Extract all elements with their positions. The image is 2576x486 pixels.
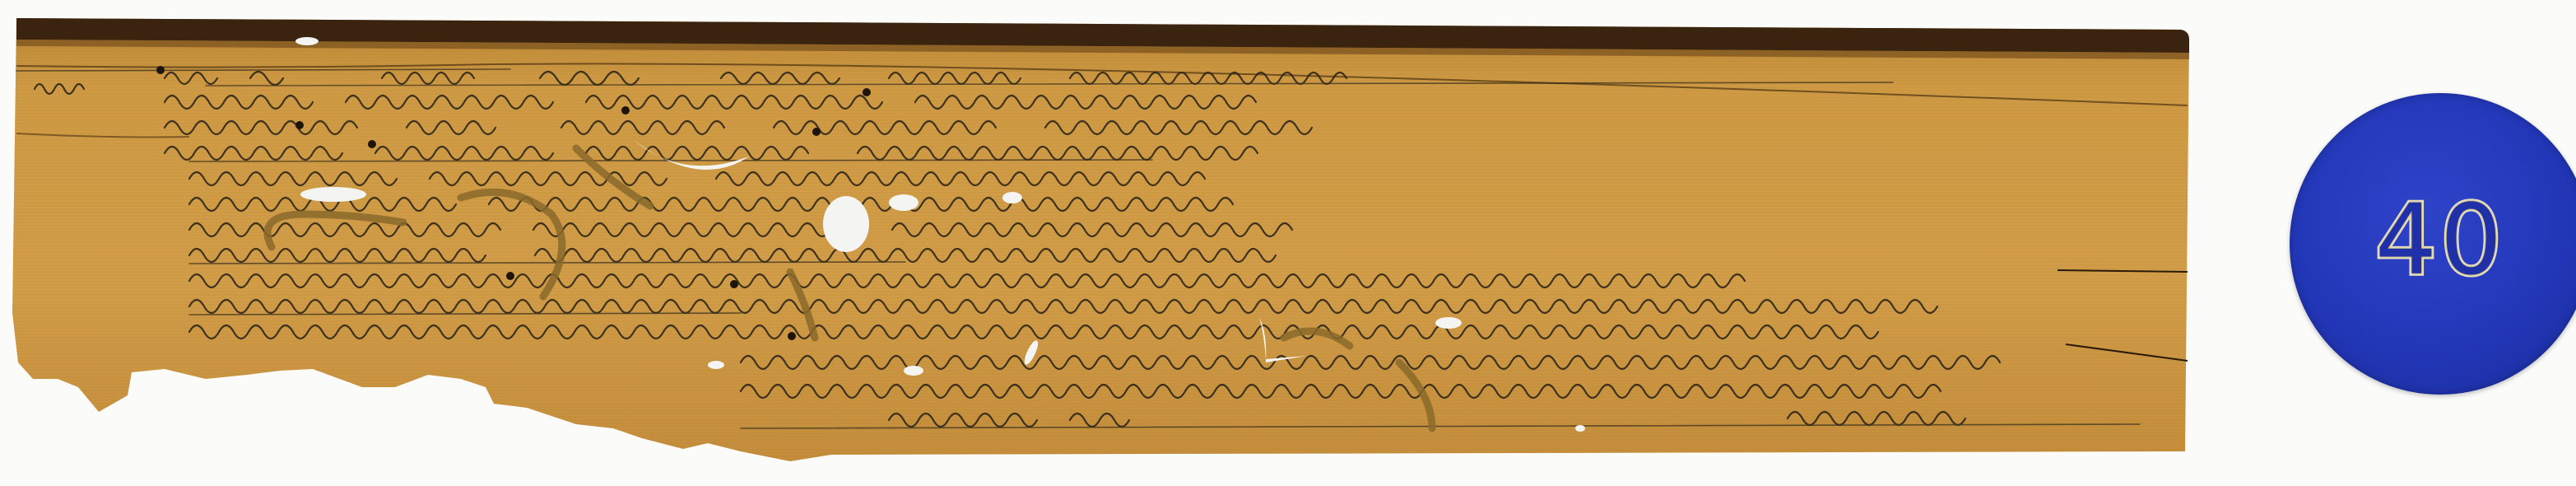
blue-number-token: 40 — [2290, 93, 2576, 395]
string-hole — [823, 196, 869, 252]
token-number: 40 — [2290, 190, 2576, 289]
palm-leaf-manuscript — [0, 0, 2576, 486]
photo-scene: 40 Photograph of a damaged Tamil palm-le… — [0, 0, 2576, 486]
